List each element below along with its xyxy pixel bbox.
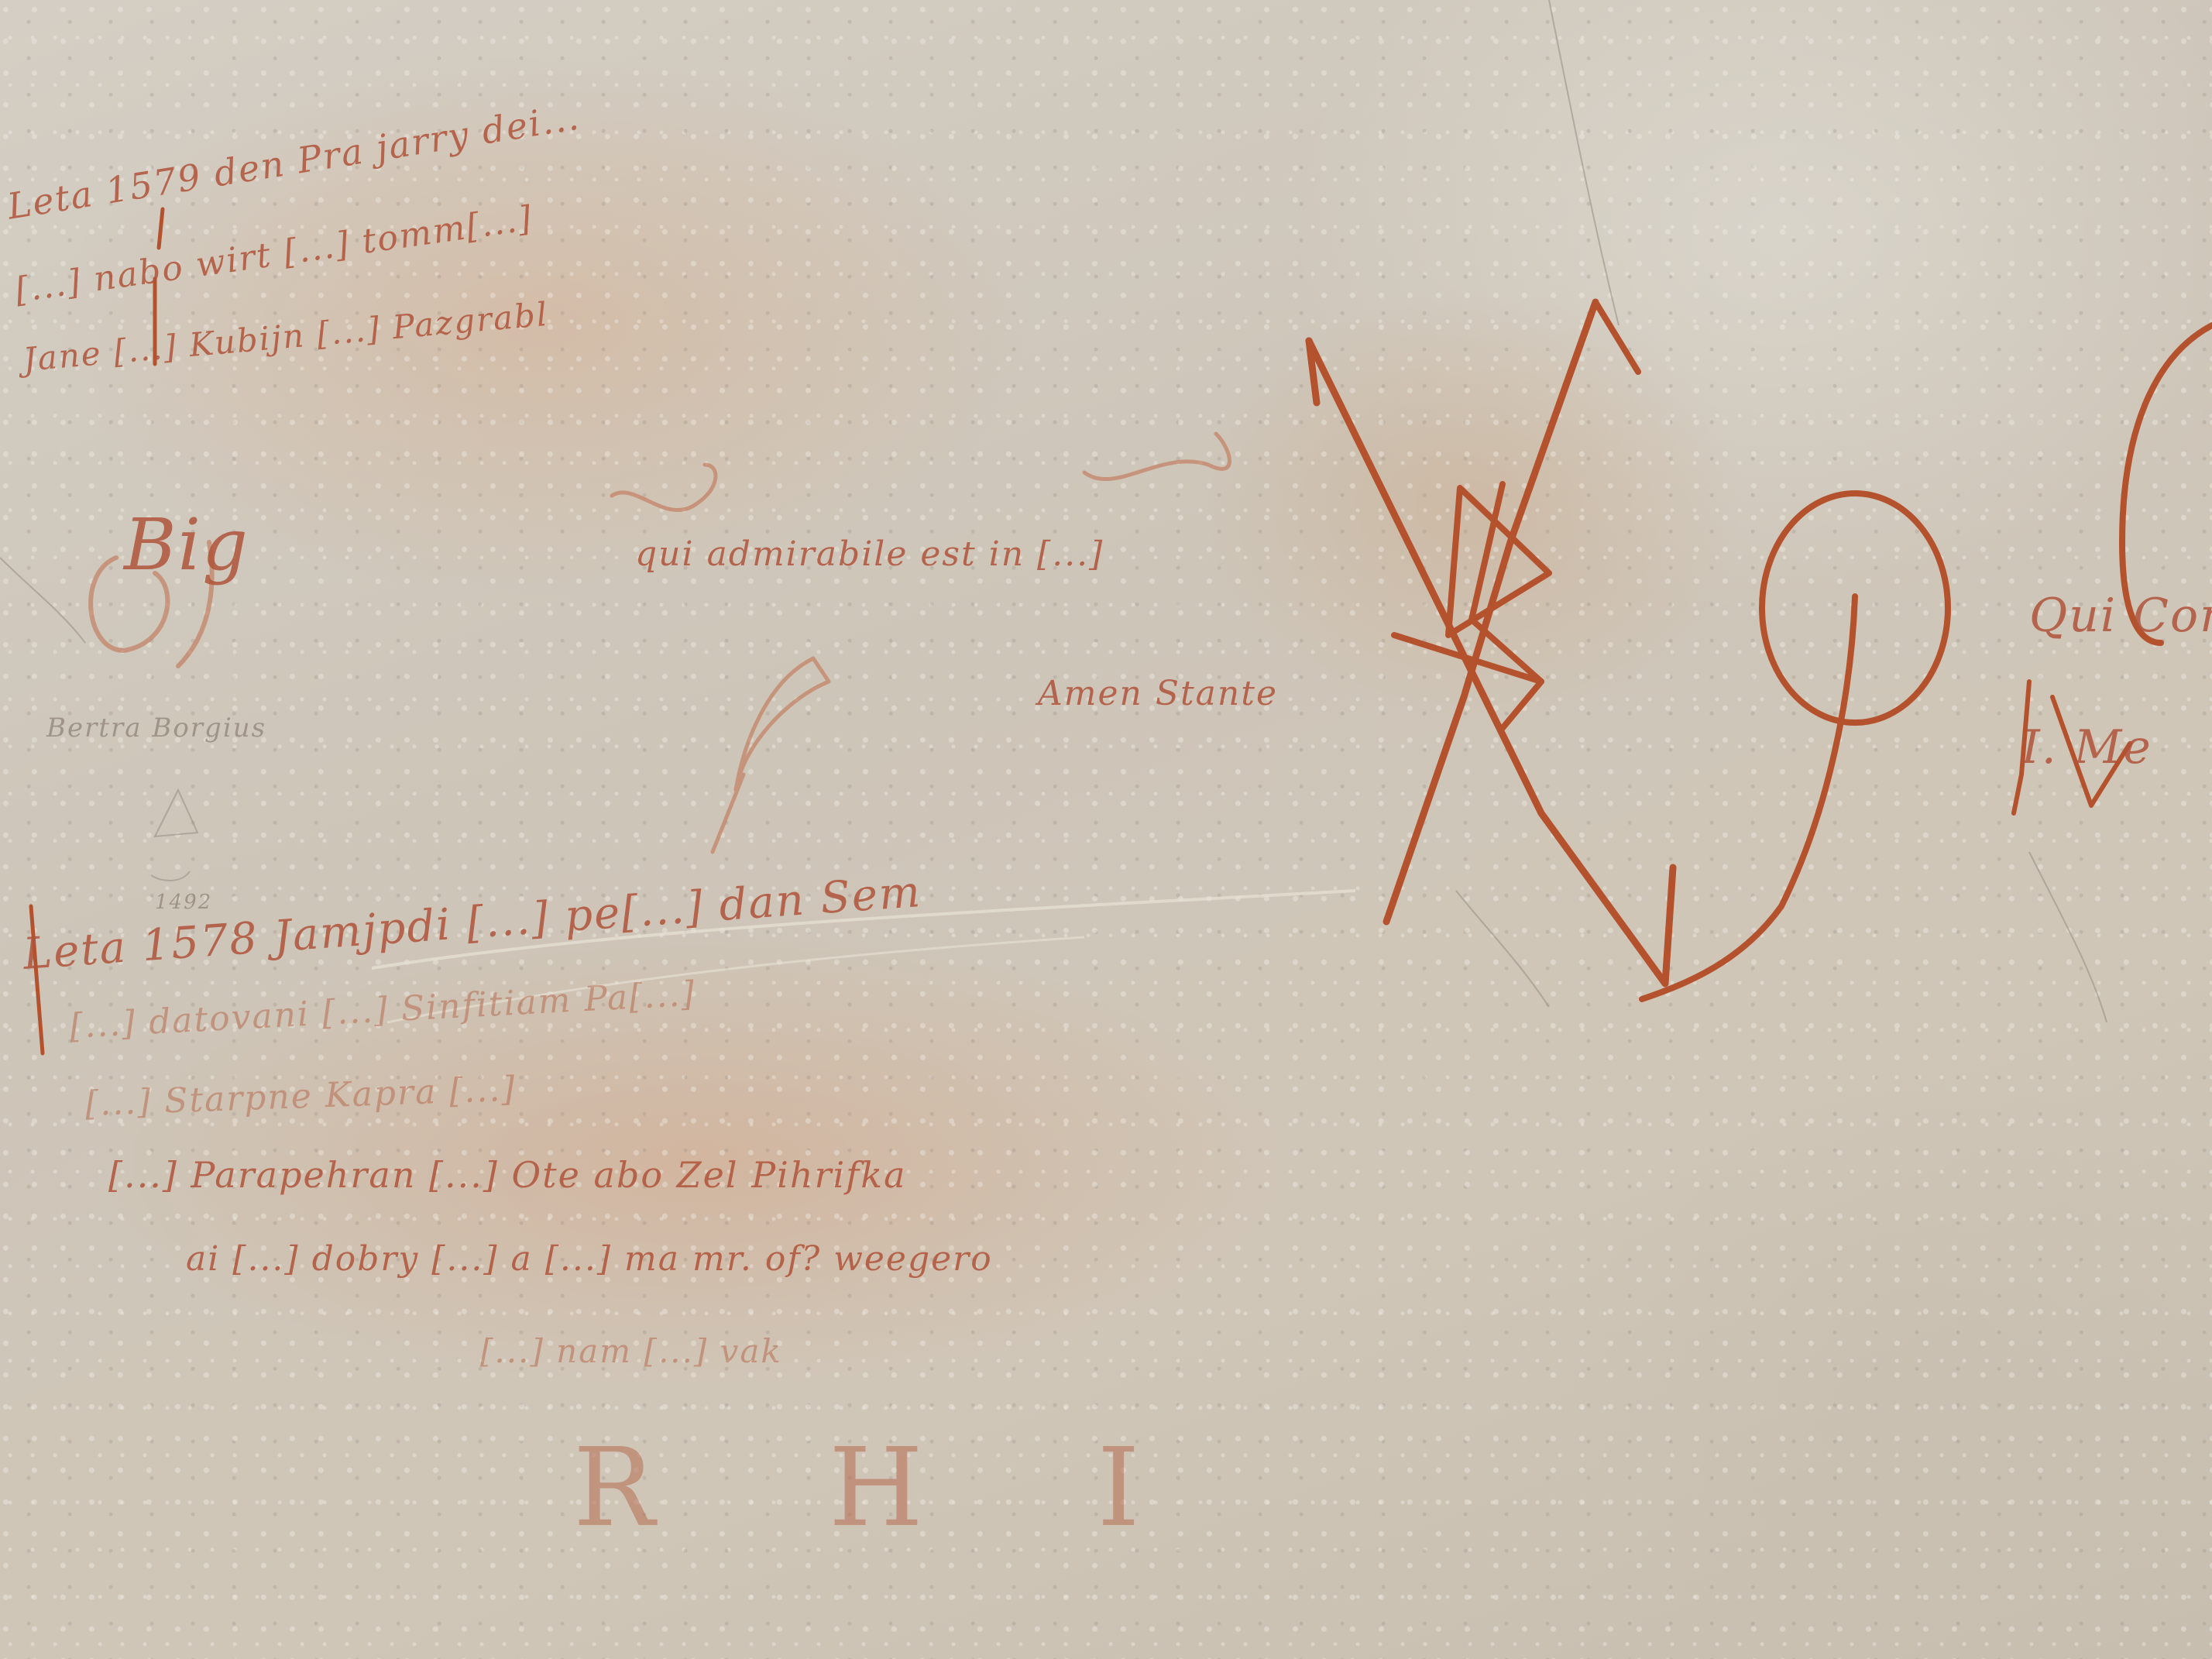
inscription-initial: Big (124, 503, 249, 586)
plaster-crack (1549, 0, 1619, 325)
gray-date: 1492 (155, 891, 212, 914)
inscription-line: [...] Parapehran [...] Ote abo Zel Pihri… (108, 1154, 907, 1196)
inscription-line: ai [...] dobry [...] a [...] ma mr. of? … (186, 1239, 993, 1279)
circle-with-descending-stem-symbol (1642, 493, 1948, 999)
inscription-partial: Qui Con (2029, 589, 2212, 643)
inscription-partial: I. Me (2021, 720, 2152, 775)
plaster-crack (1456, 891, 1549, 1007)
feather-sketch (713, 658, 829, 852)
gray-sketch-figure (151, 790, 197, 881)
interlaced-star-symbol (1309, 302, 1673, 984)
gray-signature: Bertra Borgius (46, 713, 266, 744)
plaster-crack (2029, 852, 2107, 1022)
initials: R H I (573, 1425, 1210, 1551)
inscription-line: [...] nam [...] vak (480, 1332, 782, 1370)
plaster-crack (0, 558, 85, 643)
flourish-stroke (612, 465, 716, 510)
inscription-line: qui admirabile est in [...] (635, 534, 1104, 574)
inscription-line: Amen Stante (1038, 674, 1278, 713)
flourish-stroke (1084, 434, 1230, 479)
